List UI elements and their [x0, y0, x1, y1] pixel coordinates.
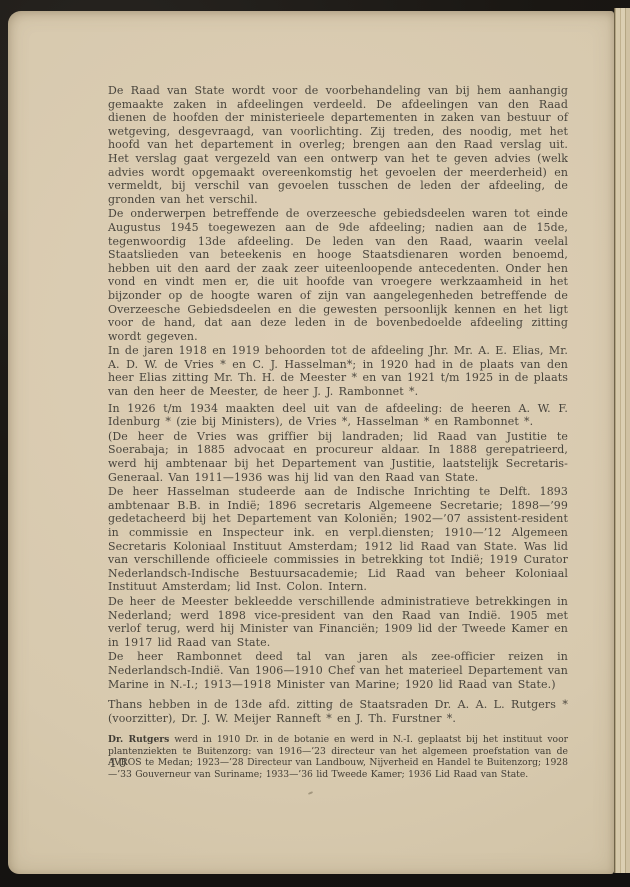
paragraph: In 1926 t/m 1934 maakten deel uit van de…: [108, 402, 568, 429]
footnote-lead: Dr. Rutgers: [108, 734, 169, 745]
paragraph: (De heer de Vries was griffier bij landr…: [108, 430, 568, 484]
paragraph: De Raad van State wordt voor de voorbeha…: [108, 84, 568, 206]
paragraph: In de jaren 1918 en 1919 behoorden tot d…: [108, 344, 568, 398]
paper-speck: [308, 791, 313, 795]
paragraph: Thans hebben in de 13de afd. zitting de …: [108, 698, 568, 725]
paragraph: De onderwerpen betreffende de overzeesch…: [108, 207, 568, 343]
book-page: De Raad van State wordt voor de voorbeha…: [8, 11, 614, 874]
page-number: 10: [109, 755, 128, 770]
footnote: Dr. Rutgers werd in 1910 Dr. in de botan…: [108, 734, 568, 780]
paragraph: De heer Hasselman studeerde aan de Indis…: [108, 485, 568, 594]
footnote-body: werd in 1910 Dr. in de botanie en werd i…: [108, 734, 568, 779]
book-page-edges: [614, 8, 630, 873]
paragraph: De heer de Meester bekleedde verschillen…: [108, 595, 568, 649]
page-text: De Raad van State wordt voor de voorbeha…: [108, 84, 568, 780]
paragraph: De heer Rambonnet deed tal van jaren als…: [108, 650, 568, 691]
